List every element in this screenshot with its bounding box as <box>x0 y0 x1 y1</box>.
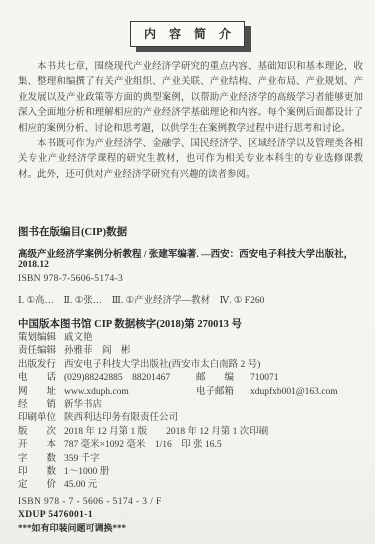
colophon-label2: 邮 编 <box>196 372 244 385</box>
colophon-row-printer: 印刷单位陕西利达印务有限责任公司 <box>18 412 368 425</box>
isbn-full-line: ISBN 978 - 7 - 5606 - 5174 - 3 / F <box>18 496 368 509</box>
colophon-value: 孙雅菲 阎 彬 <box>64 346 131 356</box>
colophon-label: 网 址 <box>18 386 64 399</box>
colophon-row-website-email: 网 址www.xduph.com 电子邮箱xdupfxb001@163.com <box>18 386 368 399</box>
cip-record-line: 中国版本图书馆 CIP 数据核字(2018)第 270013 号 <box>18 316 366 331</box>
colophon-row-planning-editor: 策划编辑戚文艳 <box>18 332 368 345</box>
colophon-label: 定 价 <box>18 479 64 492</box>
xdup-code-line: XDUP 5476001-1 <box>18 509 368 522</box>
content-intro-box-wrap: 内 容 简 介 <box>0 21 375 47</box>
colophon-value: 戚文艳 <box>64 333 93 343</box>
colophon-label: 责任编辑 <box>18 345 64 358</box>
colophon-label: 策划编辑 <box>18 332 64 345</box>
colophon-row-phone-postcode: 电 话(029)88242885 88201467 邮 编710071 <box>18 372 368 385</box>
colophon-label2: 电子邮箱 <box>196 386 244 399</box>
colophon-row-format: 开 本787 毫米×1092 毫米 1/16 印 张 16.5 <box>18 439 368 452</box>
colophon-section: 策划编辑戚文艳 责任编辑孙雅菲 阎 彬 出版发行西安电子科技大学出版社(西安市太… <box>18 332 368 536</box>
colophon-label: 印刷单位 <box>18 412 64 425</box>
colophon-value2: 710071 <box>250 372 279 385</box>
colophon-label: 电 话 <box>18 372 64 385</box>
colophon-value2: xdupfxb001@163.com <box>250 386 338 399</box>
colophon-row-responsible-editor: 责任编辑孙雅菲 阎 彬 <box>18 345 368 358</box>
colophon-row-print-run: 印 数1～1000 册 <box>18 466 368 479</box>
colophon-row-distributor: 经 销新华书店 <box>18 399 368 412</box>
colophon-label: 版 次 <box>18 426 64 439</box>
colophon-value: 787 毫米×1092 毫米 1/16 印 张 16.5 <box>64 440 222 450</box>
cip-isbn-line: ISBN 978-7-5606-5174-3 <box>18 274 366 284</box>
colophon-value: 45.00 元 <box>64 480 97 490</box>
colophon-row-price: 定 价45.00 元 <box>18 479 368 492</box>
colophon-row-publisher: 出版发行西安电子科技大学出版社(西安市太白南路 2 号) <box>18 359 368 372</box>
cip-classification-line: Ⅰ. ①高… Ⅱ. ①张… Ⅲ. ①产业经济学—教材 Ⅳ. ① F260 <box>18 292 366 306</box>
content-intro-title: 内 容 简 介 <box>130 21 245 47</box>
intro-paragraph-2: 本书既可作为产业经济学、金融学、国民经济学、区域经济学以及管理类各相关专业产业经… <box>18 137 363 183</box>
book-copyright-page: 内 容 简 介 本书共七章，围绕现代产业经济学研究的重点内容、基础知识和基本理论… <box>0 0 375 544</box>
colophon-value: 新华书店 <box>64 400 102 410</box>
colophon-label: 经 销 <box>18 399 64 412</box>
intro-section: 本书共七章，围绕现代产业经济学研究的重点内容、基础知识和基本理论，收集、整理和编… <box>18 60 363 183</box>
colophon-value: www.xduph.com <box>64 387 129 397</box>
cip-title-line: 高级产业经济学案例分析教程 / 张建军编著. —西安：西安电子科技大学出版社，2… <box>18 246 366 270</box>
colophon-row-edition: 版 次2018 年 12 月第 1 版 2018 年 12 月第 1 次印刷 <box>18 426 368 439</box>
colophon-value: 西安电子科技大学出版社(西安市太白南路 2 号) <box>64 360 260 370</box>
colophon-value: 2018 年 12 月第 1 版 2018 年 12 月第 1 次印刷 <box>64 427 268 437</box>
binding-exchange-note: ***如有印装问题可调换*** <box>18 522 368 535</box>
cip-heading: 图书在版编目(CIP)数据 <box>18 224 366 239</box>
colophon-value: 陕西利达印务有限责任公司 <box>64 413 178 423</box>
colophon-value: 1～1000 册 <box>64 467 109 477</box>
colophon-value: 359 千字 <box>64 454 100 464</box>
colophon-label: 开 本 <box>18 439 64 452</box>
cip-section: 图书在版编目(CIP)数据 高级产业经济学案例分析教程 / 张建军编著. —西安… <box>18 224 366 331</box>
colophon-value: (029)88242885 88201467 <box>64 373 170 383</box>
intro-paragraph-1: 本书共七章，围绕现代产业经济学研究的重点内容、基础知识和基本理论，收集、整理和编… <box>18 60 363 137</box>
colophon-label: 出版发行 <box>18 359 64 372</box>
colophon-label: 字 数 <box>18 453 64 466</box>
colophon-label: 印 数 <box>18 466 64 479</box>
colophon-row-word-count: 字 数359 千字 <box>18 453 368 466</box>
